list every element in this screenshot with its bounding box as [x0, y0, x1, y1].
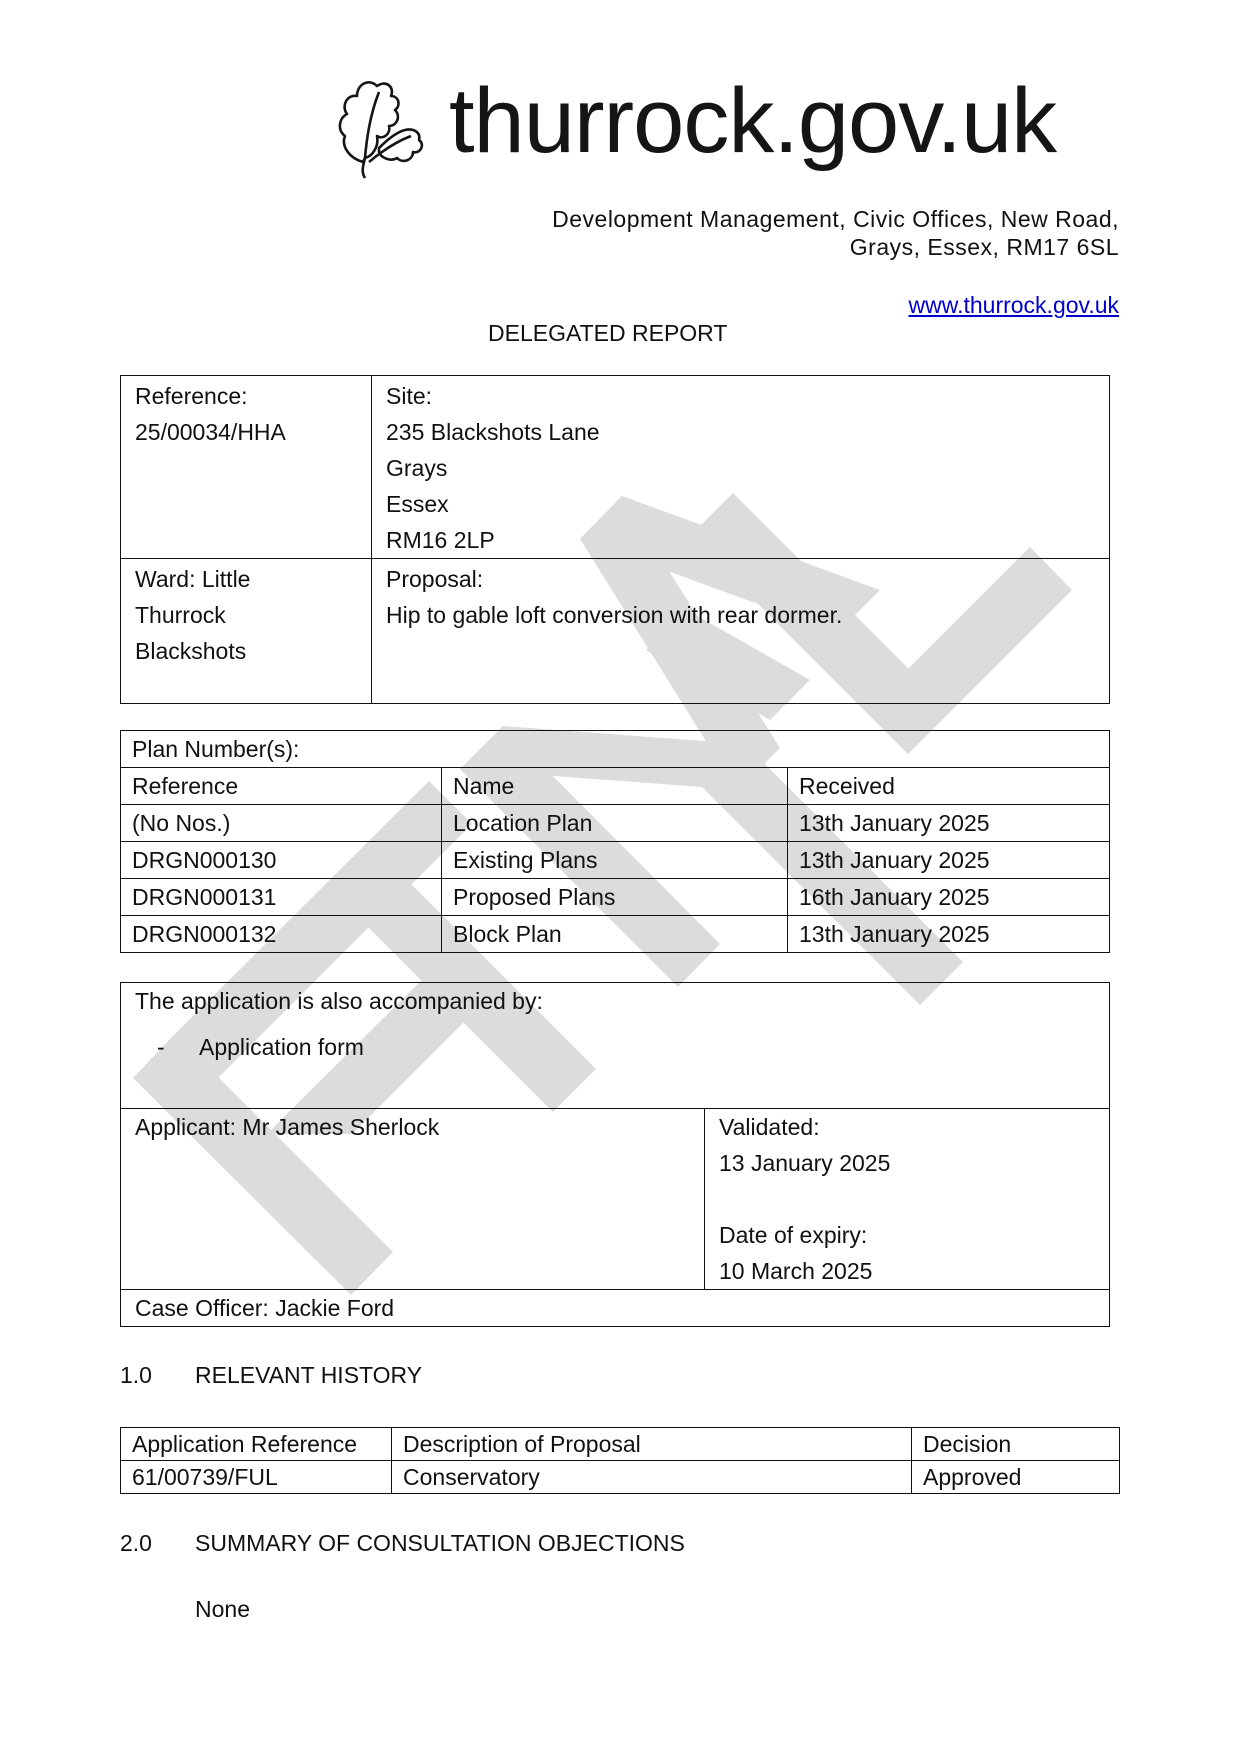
- ward-cell: Ward: Little Thurrock Blackshots: [121, 559, 372, 704]
- plan-reference: DRGN000130: [121, 842, 442, 879]
- dates-cell: Validated: 13 January 2025 Date of expir…: [705, 1109, 1110, 1290]
- ward-label: Ward:: [135, 566, 196, 592]
- history-reference: 61/00739/FUL: [121, 1461, 392, 1494]
- column-header: Decision: [912, 1428, 1120, 1461]
- site-line: 235 Blackshots Lane: [386, 414, 1095, 450]
- history-decision: Approved: [912, 1461, 1120, 1494]
- accompanied-cell: The application is also accompanied by: …: [121, 983, 1110, 1109]
- oak-leaf-icon: [335, 74, 427, 182]
- section-body: None: [195, 1596, 250, 1623]
- section-number: 2.0: [120, 1530, 195, 1557]
- website-link[interactable]: www.thurrock.gov.uk: [909, 292, 1119, 319]
- plan-numbers-title: Plan Number(s):: [121, 731, 1110, 768]
- site-line: Grays: [386, 450, 1095, 486]
- ward-value-line: Blackshots: [135, 633, 357, 669]
- plans-header-row: Reference Name Received: [121, 768, 1110, 805]
- expiry-label: Date of expiry:: [719, 1217, 1095, 1253]
- accompanied-item-text: Application form: [199, 1029, 364, 1065]
- plan-reference: DRGN000131: [121, 879, 442, 916]
- applicant-cell: Applicant: Mr James Sherlock: [121, 1109, 705, 1290]
- table-row: 61/00739/FUL Conservatory Approved: [121, 1461, 1120, 1494]
- council-logo: thurrock.gov.uk: [335, 70, 1056, 185]
- column-header: Received: [788, 768, 1110, 805]
- proposal-value: Hip to gable loft conversion with rear d…: [386, 597, 1095, 633]
- ward-value-line: Little: [202, 566, 251, 592]
- relevant-history-table: Application Reference Description of Pro…: [120, 1427, 1120, 1494]
- validated-label: Validated:: [719, 1109, 1095, 1145]
- validated-value: 13 January 2025: [719, 1145, 1095, 1181]
- plan-received: 13th January 2025: [788, 805, 1110, 842]
- section-title: RELEVANT HISTORY: [195, 1362, 422, 1388]
- applicant-value: Mr James Sherlock: [242, 1114, 439, 1140]
- logo-wordmark: thurrock.gov.uk: [449, 75, 1056, 167]
- case-officer-label: Case Officer:: [135, 1295, 269, 1321]
- plan-name: Existing Plans: [442, 842, 788, 879]
- summary-table: Reference: 25/00034/HHA Site: 235 Blacks…: [120, 375, 1110, 704]
- section-number: 1.0: [120, 1362, 195, 1389]
- council-address: Development Management, Civic Offices, N…: [552, 205, 1119, 261]
- plan-received: 13th January 2025: [788, 842, 1110, 879]
- section-title: SUMMARY OF CONSULTATION OBJECTIONS: [195, 1530, 685, 1556]
- plan-reference: (No Nos.): [121, 805, 442, 842]
- plan-numbers-table: Plan Number(s): Reference Name Received …: [120, 730, 1110, 953]
- list-item: - Application form: [135, 1029, 1095, 1065]
- proposal-cell: Proposal: Hip to gable loft conversion w…: [372, 559, 1110, 704]
- history-header-row: Application Reference Description of Pro…: [121, 1428, 1120, 1461]
- site-cell: Site: 235 Blackshots Lane Grays Essex RM…: [372, 376, 1110, 559]
- ward-value-line: Thurrock: [135, 597, 357, 633]
- history-description: Conservatory: [392, 1461, 912, 1494]
- site-line: Essex: [386, 486, 1095, 522]
- address-line-2: Grays, Essex, RM17 6SL: [552, 233, 1119, 261]
- plan-received: 13th January 2025: [788, 916, 1110, 953]
- table-row: (No Nos.) Location Plan 13th January 202…: [121, 805, 1110, 842]
- plan-reference: DRGN000132: [121, 916, 442, 953]
- expiry-value: 10 March 2025: [719, 1253, 1095, 1289]
- application-details-table: The application is also accompanied by: …: [120, 982, 1110, 1327]
- plan-name: Location Plan: [442, 805, 788, 842]
- reference-cell: Reference: 25/00034/HHA: [121, 376, 372, 559]
- table-row: DRGN000132 Block Plan 13th January 2025: [121, 916, 1110, 953]
- bullet-dash: -: [157, 1029, 181, 1065]
- proposal-label: Proposal:: [386, 561, 1095, 597]
- case-officer-cell: Case Officer: Jackie Ford: [121, 1290, 1110, 1327]
- plan-name: Proposed Plans: [442, 879, 788, 916]
- address-line-1: Development Management, Civic Offices, N…: [552, 205, 1119, 233]
- section-heading-consultation-objections: 2.0SUMMARY OF CONSULTATION OBJECTIONS: [120, 1530, 685, 1557]
- report-title: DELEGATED REPORT: [488, 320, 727, 347]
- table-row: DRGN000131 Proposed Plans 16th January 2…: [121, 879, 1110, 916]
- site-label: Site:: [386, 378, 1095, 414]
- column-header: Name: [442, 768, 788, 805]
- column-header: Reference: [121, 768, 442, 805]
- accompanied-label: The application is also accompanied by:: [135, 983, 1095, 1019]
- case-officer-value: Jackie Ford: [275, 1295, 394, 1321]
- reference-value: 25/00034/HHA: [135, 414, 357, 450]
- plan-received: 16th January 2025: [788, 879, 1110, 916]
- section-heading-relevant-history: 1.0RELEVANT HISTORY: [120, 1362, 422, 1389]
- site-line: RM16 2LP: [386, 522, 1095, 558]
- plan-name: Block Plan: [442, 916, 788, 953]
- column-header: Description of Proposal: [392, 1428, 912, 1461]
- column-header: Application Reference: [121, 1428, 392, 1461]
- reference-label: Reference:: [135, 378, 357, 414]
- table-row: DRGN000130 Existing Plans 13th January 2…: [121, 842, 1110, 879]
- applicant-label: Applicant:: [135, 1114, 236, 1140]
